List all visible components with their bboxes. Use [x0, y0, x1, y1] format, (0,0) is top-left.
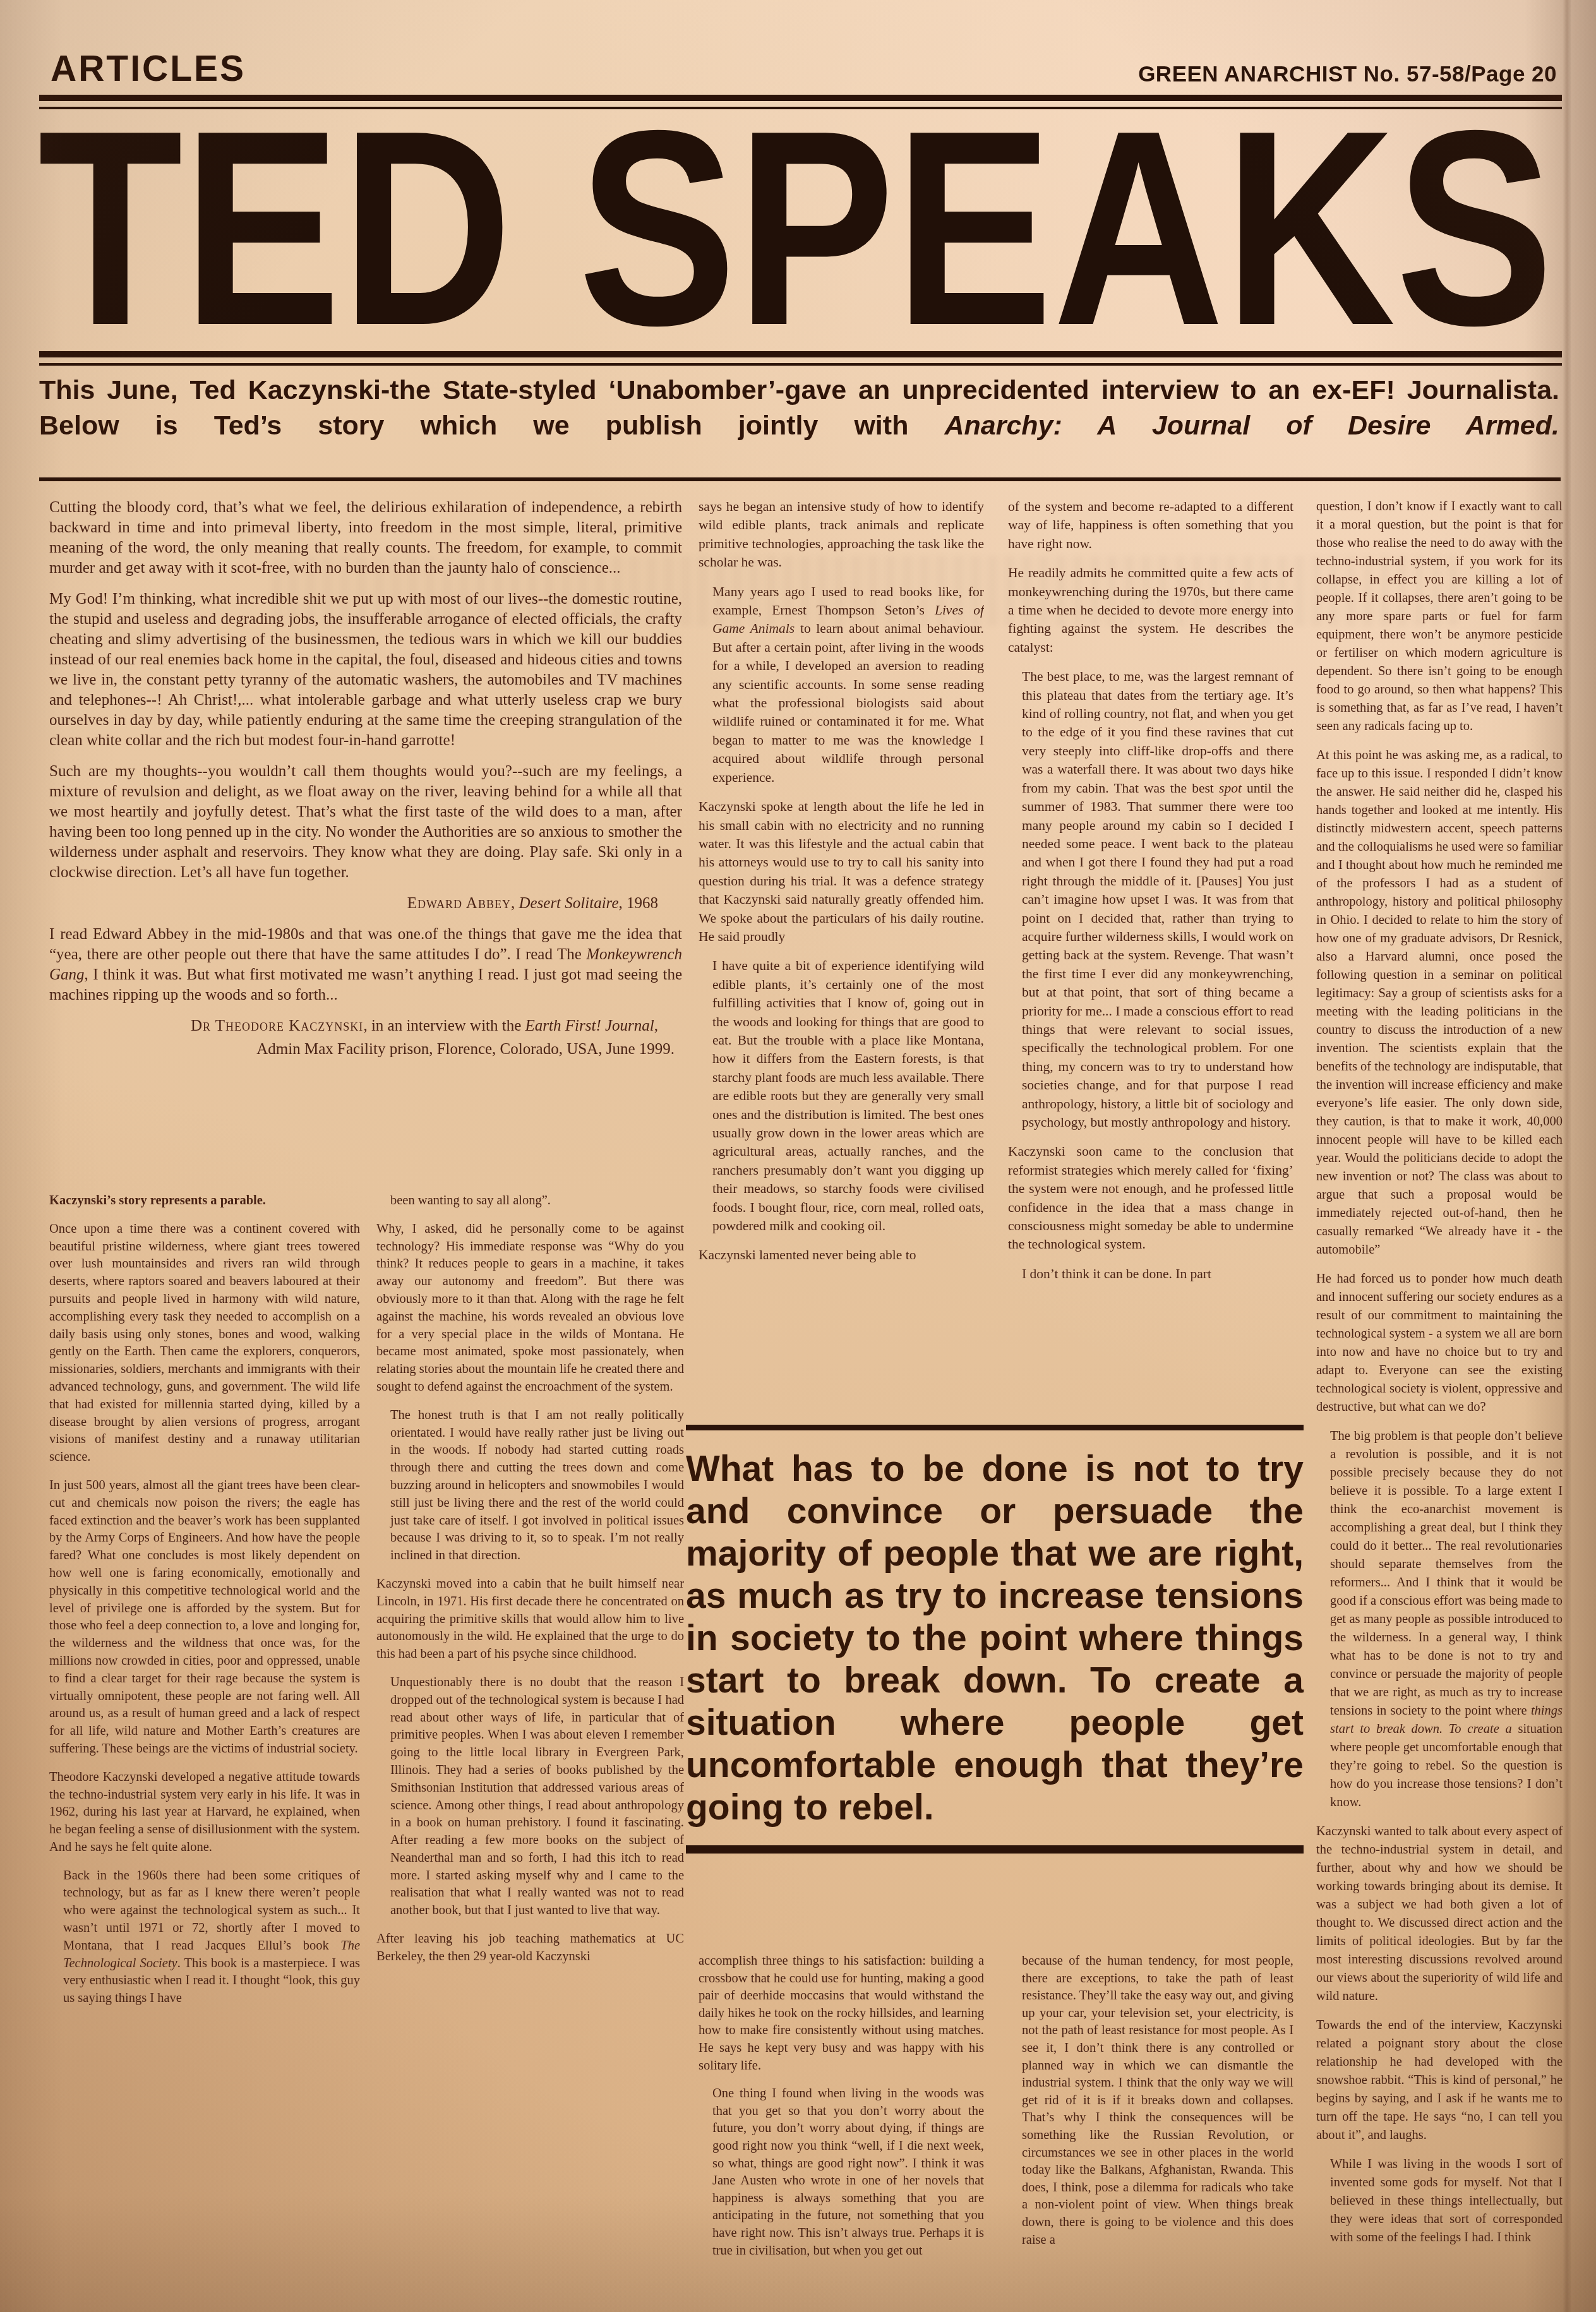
column-4: question, I don’t know if I exactly want…: [1316, 498, 1563, 2308]
paragraph: In just 500 years, almost all the giant …: [49, 1477, 360, 1758]
text-run: Kaczynski lamented never being able to: [699, 1247, 916, 1262]
column-1-sub-left: Kaczynski’s story represents a parable.O…: [49, 1192, 360, 2312]
divider-top: [39, 95, 1562, 109]
paragraph: Kaczynski moved into a cabin that he bui…: [376, 1576, 684, 1663]
quote-paragraph: One thing I found when living in the woo…: [699, 2085, 984, 2260]
text-run: Desert Solitaire: [519, 895, 618, 912]
text-run: because of the human tendency, for most …: [1022, 1954, 1293, 2247]
paragraph: After leaving his job teaching mathemati…: [376, 1931, 684, 1966]
attribution-line: Edward Abbey, Desert Solitaire, 1968: [49, 894, 682, 914]
text-run: , in an interview with the: [363, 1017, 525, 1034]
text-run: been wanting to say all along”.: [390, 1194, 551, 1207]
text-run: Towards the end of the interview, Kaczyn…: [1316, 2018, 1563, 2142]
text-run: The big problem is that people don’t bel…: [1330, 1429, 1563, 1718]
text-run: Kaczynski soon came to the conclusion th…: [1008, 1144, 1293, 1252]
paragraph: Kaczynski lamented never being able to: [699, 1246, 984, 1264]
text-run: Admin Max Facility prison, Florence, Col…: [256, 1041, 675, 1058]
issue-label: GREEN ANARCHIST No. 57-58/Page 20: [1138, 62, 1557, 90]
headline: TED SPEAKS: [37, 119, 1559, 333]
text-run: Such are my thoughts--you wouldn’t call …: [49, 763, 682, 881]
text-run: I don’t think it can be done. In part: [1022, 1266, 1211, 1281]
text-run: Dr Theodore Kaczynski: [191, 1017, 363, 1034]
paragraph: I read Edward Abbey in the mid-1980s and…: [49, 925, 682, 1005]
text-run: I have quite a bit of experience identif…: [712, 958, 984, 1233]
text-run: until the summer of 1983. That summer th…: [1022, 781, 1293, 1130]
text-run: , 1968: [619, 895, 659, 912]
text-run: accomplish three things to his satisfact…: [699, 1954, 984, 2073]
standfirst: This June, Ted Kaczynski-the State-style…: [39, 373, 1559, 443]
column-2-lower: accomplish three things to his satisfact…: [699, 1953, 984, 2308]
text-run: While I was living in the woods I sort o…: [1330, 2157, 1563, 2244]
paragraph: Such are my thoughts--you wouldn’t call …: [49, 762, 682, 883]
text-run: At this point he was asking me, as a rad…: [1316, 748, 1563, 1257]
text-run: Unquestionably there is no doubt that th…: [390, 1675, 684, 1917]
quote-paragraph: Many years ago I used to read books like…: [699, 583, 984, 787]
quote-paragraph: The big problem is that people don’t bel…: [1316, 1427, 1563, 1812]
column-3-lower: because of the human tendency, for most …: [1008, 1953, 1293, 2308]
paragraph: Towards the end of the interview, Kaczyn…: [1316, 2016, 1563, 2145]
quote-paragraph: been wanting to say all along”.: [376, 1192, 684, 1210]
text-run: Theodore Kaczynski developed a negative …: [49, 1770, 360, 1854]
text-run: spot: [1219, 781, 1242, 796]
text-run: to learn about animal behaviour. But aft…: [712, 621, 984, 784]
text-run: Anarchy: A Journal of Desire Armed.: [944, 410, 1559, 441]
column-1-sub-right: been wanting to say all along”.Why, I as…: [376, 1192, 684, 2312]
column-3: of the system and become re-adapted to a…: [1008, 498, 1293, 1423]
quote-paragraph: I have quite a bit of experience identif…: [699, 957, 984, 1235]
paragraph: says he began an intensive study of how …: [699, 498, 984, 572]
paragraph: of the system and become re-adapted to a…: [1008, 498, 1293, 553]
text-run: After leaving his job teaching mathemati…: [376, 1932, 684, 1963]
paragraph: He had forced us to ponder how much deat…: [1316, 1270, 1563, 1417]
text-run: One thing I found when living in the woo…: [712, 2087, 984, 2257]
paragraph: This June, Ted Kaczynski-the State-style…: [39, 373, 1559, 443]
paragraph: Theodore Kaczynski developed a negative …: [49, 1769, 360, 1857]
text-run: The honest truth is that I am not really…: [390, 1408, 684, 1562]
paragraph: Kaczynski spoke at length about the life…: [699, 798, 984, 946]
quote-paragraph: The best place, to me, was the largest r…: [1008, 668, 1293, 1132]
pull-quote-rule-bottom: [686, 1845, 1304, 1854]
paragraph: accomplish three things to his satisfact…: [699, 1953, 984, 2075]
text-run: He had forced us to ponder how much deat…: [1316, 1272, 1563, 1414]
paragraph: My God! I’m thinking, what incredible sh…: [49, 589, 682, 751]
paragraph: Once upon a time there was a continent c…: [49, 1221, 360, 1466]
quote-paragraph: because of the human tendency, for most …: [1008, 1953, 1293, 2249]
text-run: Edward Abbey: [407, 895, 511, 912]
text-run: Kaczynski moved into a cabin that he bui…: [376, 1577, 684, 1661]
text-run: He readily admits he committed quite a f…: [1008, 565, 1293, 655]
newspaper-page: ARTICLES GREEN ANARCHIST No. 57-58/Page …: [0, 0, 1596, 2312]
text-run: Cutting the bloody cord, that’s what we …: [49, 499, 682, 577]
quote-paragraph: Unquestionably there is no doubt that th…: [376, 1674, 684, 1920]
divider-headline: [39, 351, 1562, 366]
section-label: ARTICLES: [51, 48, 246, 90]
page-edge-shadow: [1563, 0, 1571, 2312]
text-run: ,: [511, 895, 519, 912]
paragraph-lead: Kaczynski’s story represents a parable.: [49, 1192, 360, 1210]
quote-paragraph: While I was living in the woods I sort o…: [1316, 2155, 1563, 2247]
divider-standfirst: [39, 477, 1561, 481]
text-run: question, I don’t know if I exactly want…: [1316, 500, 1563, 733]
text-run: says he began an intensive study of how …: [699, 499, 984, 570]
paragraph: Cutting the bloody cord, that’s what we …: [49, 498, 682, 578]
text-run: Kaczynski spoke at length about the life…: [699, 799, 984, 944]
attribution-line: Admin Max Facility prison, Florence, Col…: [49, 1039, 682, 1060]
paragraph: question, I don’t know if I exactly want…: [1316, 498, 1563, 736]
masthead: ARTICLES GREEN ANARCHIST No. 57-58/Page …: [51, 48, 1557, 90]
text-run: Earth First! Journal: [525, 1017, 654, 1034]
text-run: In just 500 years, almost all the giant …: [49, 1478, 360, 1756]
text-run: The best place, to me, was the largest r…: [1022, 669, 1293, 795]
text-run: ,: [654, 1017, 658, 1034]
paragraph: He readily admits he committed quite a f…: [1008, 564, 1293, 657]
column-2: says he began an intensive study of how …: [699, 498, 984, 1423]
attribution-line: Dr Theodore Kaczynski, in an interview w…: [49, 1016, 682, 1036]
paragraph: Kaczynski soon came to the conclusion th…: [1008, 1142, 1293, 1254]
headline-svg: TED SPEAKS: [37, 119, 1559, 333]
text-run: Why, I asked, did he personally come to …: [376, 1222, 684, 1394]
text-run: Kaczynski wanted to talk about every asp…: [1316, 1824, 1563, 2003]
text-run: Back in the 1960s there had been some cr…: [63, 1869, 360, 1953]
pull-quote-text: What has to be done is not to try and co…: [686, 1448, 1304, 1829]
text-run: Once upon a time there was a continent c…: [49, 1222, 360, 1464]
text-run: My God! I’m thinking, what incredible sh…: [49, 590, 682, 749]
quote-paragraph: I don’t think it can be done. In part: [1008, 1265, 1293, 1283]
headline-text: TED SPEAKS: [38, 119, 1554, 333]
paragraph: Why, I asked, did he personally come to …: [376, 1221, 684, 1396]
paragraph: At this point he was asking me, as a rad…: [1316, 746, 1563, 1259]
quote-paragraph: The honest truth is that I am not really…: [376, 1407, 684, 1565]
quote-paragraph: Back in the 1960s there had been some cr…: [49, 1867, 360, 2008]
pull-quote-rule-top: [686, 1425, 1304, 1430]
text-run: of the system and become re-adapted to a…: [1008, 499, 1293, 551]
paragraph: Kaczynski wanted to talk about every asp…: [1316, 1823, 1563, 2006]
text-run: Kaczynski’s story represents a parable.: [49, 1194, 266, 1207]
pull-quote: What has to be done is not to try and co…: [686, 1425, 1304, 1854]
column-1-wide: Cutting the bloody cord, that’s what we …: [49, 498, 682, 1191]
text-run: , I think it was. But what first motivat…: [49, 966, 682, 1003]
